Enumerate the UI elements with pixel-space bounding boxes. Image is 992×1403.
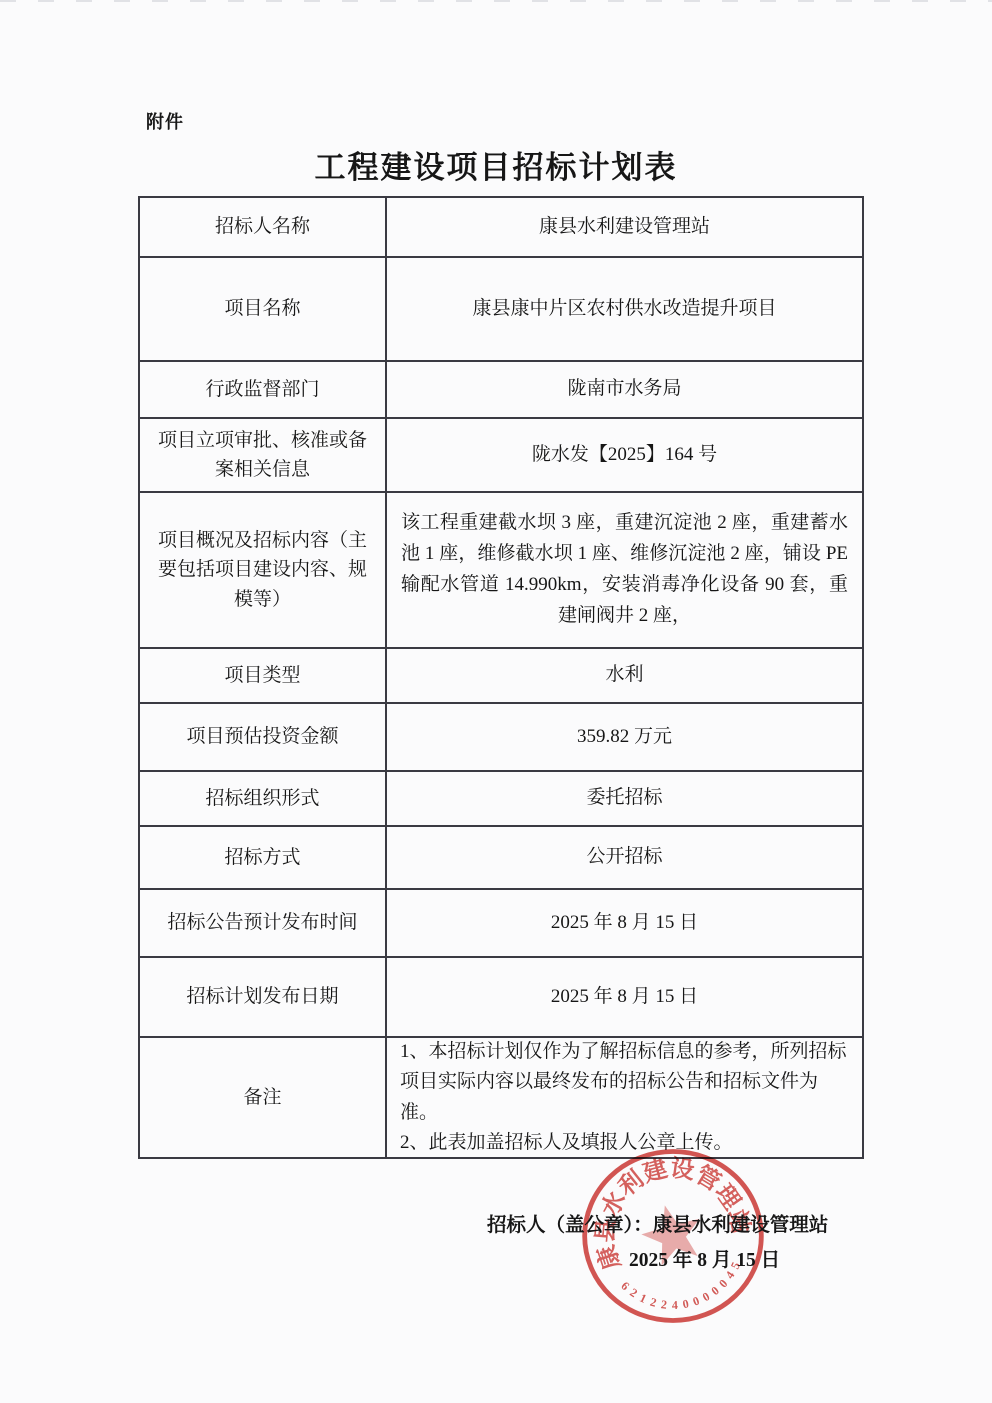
row-value: 委托招标 — [387, 772, 862, 825]
table-row-estimated-investment: 项目预估投资金额 359.82 万元 — [140, 702, 862, 770]
page-title: 工程建设项目招标计划表 — [0, 142, 992, 187]
scan-artifact-line — [0, 0, 992, 2]
signature-block: 招标人（盖公章）：康县水利建设管理站 2025 年 8 月 15 日 — [487, 1209, 828, 1272]
row-label: 招标方式 — [140, 827, 387, 888]
row-label: 招标组织形式 — [140, 772, 387, 825]
table-row-remarks: 备注 1、本招标计划仅作为了解招标信息的参考，所列招标项目实际内容以最终发布的招… — [140, 1036, 862, 1157]
row-value: 1、本招标计划仅作为了解招标信息的参考，所列招标项目实际内容以最终发布的招标公告… — [387, 1038, 862, 1157]
row-value: 2025 年 8 月 15 日 — [387, 890, 862, 956]
row-label: 项目名称 — [140, 258, 387, 360]
remark-line: 2、此表加盖招标人及填报人公章上传。 — [400, 1128, 849, 1158]
table-row-project-type: 项目类型 水利 — [140, 647, 862, 702]
signature-date: 2025 年 8 月 15 日 — [629, 1244, 828, 1272]
row-value: 2025 年 8 月 15 日 — [387, 958, 862, 1036]
row-label: 招标计划发布日期 — [140, 958, 387, 1036]
row-value: 康县水利建设管理站 — [387, 198, 862, 256]
scanned-document-page: 附件 工程建设项目招标计划表 招标人名称 康县水利建设管理站 项目名称 康县康中… — [0, 0, 992, 1403]
row-value: 该工程重建截水坝 3 座，重建沉淀池 2 座，重建蓄水池 1 座，维修截水坝 1… — [387, 493, 862, 647]
row-value: 公开招标 — [387, 827, 862, 888]
bidder-signature-line: 招标人（盖公章）：康县水利建设管理站 — [487, 1209, 828, 1237]
row-label: 招标公告预计发布时间 — [140, 890, 387, 956]
row-value: 陇南市水务局 — [387, 362, 862, 417]
table-row-announcement-date: 招标公告预计发布时间 2025 年 8 月 15 日 — [140, 888, 862, 956]
attachment-label: 附件 — [146, 108, 184, 134]
row-label: 项目预估投资金额 — [140, 704, 387, 770]
remark-line: 1、本招标计划仅作为了解招标信息的参考，所列招标项目实际内容以最终发布的招标公告… — [400, 1037, 849, 1127]
table-row-plan-publish-date: 招标计划发布日期 2025 年 8 月 15 日 — [140, 956, 862, 1036]
table-row-project-name: 项目名称 康县康中片区农村供水改造提升项目 — [140, 256, 862, 360]
bidding-plan-table: 招标人名称 康县水利建设管理站 项目名称 康县康中片区农村供水改造提升项目 行政… — [138, 196, 864, 1159]
row-value: 陇水发【2025】164 号 — [387, 419, 862, 491]
row-label: 项目概况及招标内容（主要包括项目建设内容、规模等） — [140, 493, 387, 647]
row-value: 水利 — [387, 649, 862, 702]
table-row-project-overview: 项目概况及招标内容（主要包括项目建设内容、规模等） 该工程重建截水坝 3 座，重… — [140, 491, 862, 647]
row-label: 项目立项审批、核准或备案相关信息 — [140, 419, 387, 491]
remark-lines: 1、本招标计划仅作为了解招标信息的参考，所列招标项目实际内容以最终发布的招标公告… — [400, 1037, 849, 1157]
row-label: 项目类型 — [140, 649, 387, 702]
row-label: 备注 — [140, 1038, 387, 1157]
table-row-bidding-method: 招标方式 公开招标 — [140, 825, 862, 888]
row-value: 359.82 万元 — [387, 704, 862, 770]
table-row-approval-info: 项目立项审批、核准或备案相关信息 陇水发【2025】164 号 — [140, 417, 862, 491]
table-row-supervision-dept: 行政监督部门 陇南市水务局 — [140, 360, 862, 417]
table-row-bidder-name: 招标人名称 康县水利建设管理站 — [140, 198, 862, 256]
row-value: 康县康中片区农村供水改造提升项目 — [387, 258, 862, 360]
row-label: 行政监督部门 — [140, 362, 387, 417]
table-row-organization-form: 招标组织形式 委托招标 — [140, 770, 862, 825]
row-label: 招标人名称 — [140, 198, 387, 256]
